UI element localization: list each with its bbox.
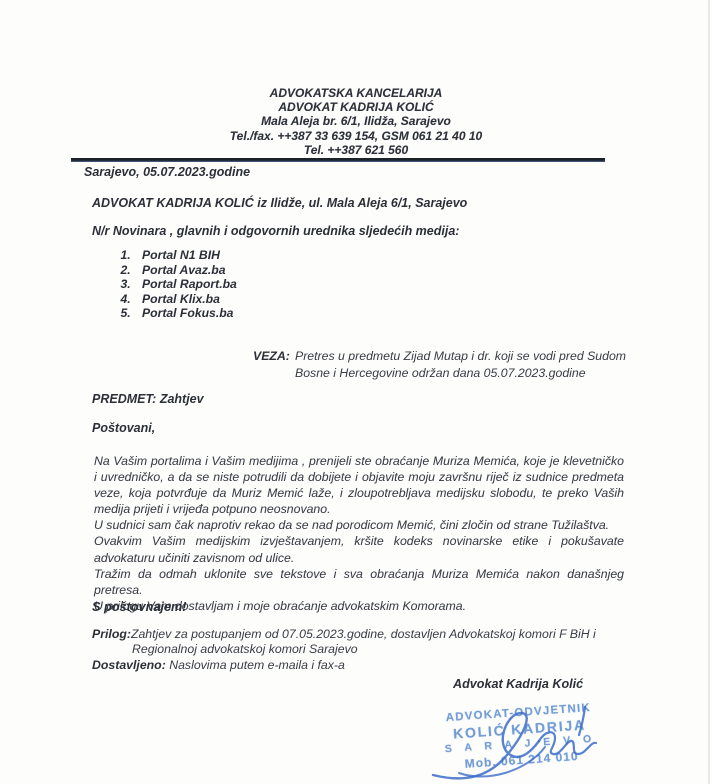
signature-stroke bbox=[539, 732, 596, 754]
delivery-text: Naslovima putem e-maila i fax-a bbox=[166, 658, 345, 672]
scan-edge-artifact bbox=[708, 0, 710, 784]
attachment-label: Prilog: bbox=[92, 627, 131, 641]
reference-text: Pretres u predmetu Zijad Mutap i dr. koj… bbox=[295, 348, 633, 381]
letterhead-phone-fax: Tel./fax. ++387 33 639 154, GSM 061 21 4… bbox=[0, 129, 712, 143]
reference-label: VEZA: bbox=[253, 348, 290, 365]
addressee-line: ADVOKAT KADRIJA KOLIĆ iz Ilidže, ul. Mal… bbox=[92, 196, 467, 210]
list-item: Portal Fokus.ba bbox=[134, 306, 237, 321]
list-item: Portal Avaz.ba bbox=[134, 263, 237, 278]
letterhead-lawyer-name: ADVOKAT KADRIJA KOLIĆ bbox=[0, 100, 712, 114]
attention-line: N/r Novinara , glavnih i odgovornih ured… bbox=[92, 224, 459, 238]
body-paragraph: Tražim da odmah uklonite sve tekstove i … bbox=[94, 566, 624, 598]
attachment-continuation: Regionalnoj advokatskoj komori Sarajevo bbox=[92, 642, 632, 657]
header-divider-line bbox=[71, 158, 605, 162]
attachment-line: Prilog:Zahtjev za postupanjem od 07.05.2… bbox=[92, 627, 632, 642]
delivery-line: Dostavljeno: Naslovima putem e-maila i f… bbox=[92, 658, 632, 673]
handwritten-signature bbox=[415, 697, 610, 784]
salutation: Poštovani, bbox=[92, 421, 155, 435]
signature-stroke bbox=[433, 713, 539, 778]
date-line: Sarajevo, 05.07.2023.godine bbox=[84, 165, 250, 179]
list-item: Portal Klix.ba bbox=[134, 292, 237, 307]
letterhead: ADVOKATSKA KANCELARIJA ADVOKAT KADRIJA K… bbox=[0, 86, 712, 157]
signature-name: Advokat Kadrija Kolić bbox=[453, 677, 583, 691]
body-paragraph: U sudnici sam čak naprotiv rekao da se n… bbox=[94, 517, 624, 533]
letterhead-address: Mala Aleja br. 6/1, Ilidža, Sarajevo bbox=[0, 114, 712, 128]
body-paragraph: Na Vašim portalima i Vašim medijima , pr… bbox=[94, 453, 624, 517]
letter-body: Na Vašim portalima i Vašim medijima , pr… bbox=[94, 453, 624, 614]
media-list: Portal N1 BIH Portal Avaz.ba Portal Rapo… bbox=[118, 248, 237, 321]
signature-stroke bbox=[579, 707, 585, 735]
letterhead-office-name: ADVOKATSKA KANCELARIJA bbox=[0, 86, 712, 100]
attachment-text: Zahtjev za postupanjem od 07.05.2023.god… bbox=[131, 627, 596, 641]
attachment-block: Prilog:Zahtjev za postupanjem od 07.05.2… bbox=[92, 627, 632, 673]
list-item: Portal N1 BIH bbox=[134, 248, 237, 263]
delivery-label: Dostavljeno: bbox=[92, 658, 166, 672]
scanned-letter-page: ADVOKATSKA KANCELARIJA ADVOKAT KADRIJA K… bbox=[0, 0, 712, 784]
letterhead-phone: Tel. ++387 621 560 bbox=[0, 143, 712, 157]
subject-line: PREDMET: Zahtjev bbox=[92, 392, 204, 406]
reference-block: VEZA: Pretres u predmetu Zijad Mutap i d… bbox=[253, 348, 633, 381]
list-item: Portal Raport.ba bbox=[134, 277, 237, 292]
body-paragraph: Ovakvim Vašim medijskim izvještavanjem, … bbox=[94, 533, 624, 565]
closing-regards: S poštovnajem! bbox=[92, 600, 186, 614]
